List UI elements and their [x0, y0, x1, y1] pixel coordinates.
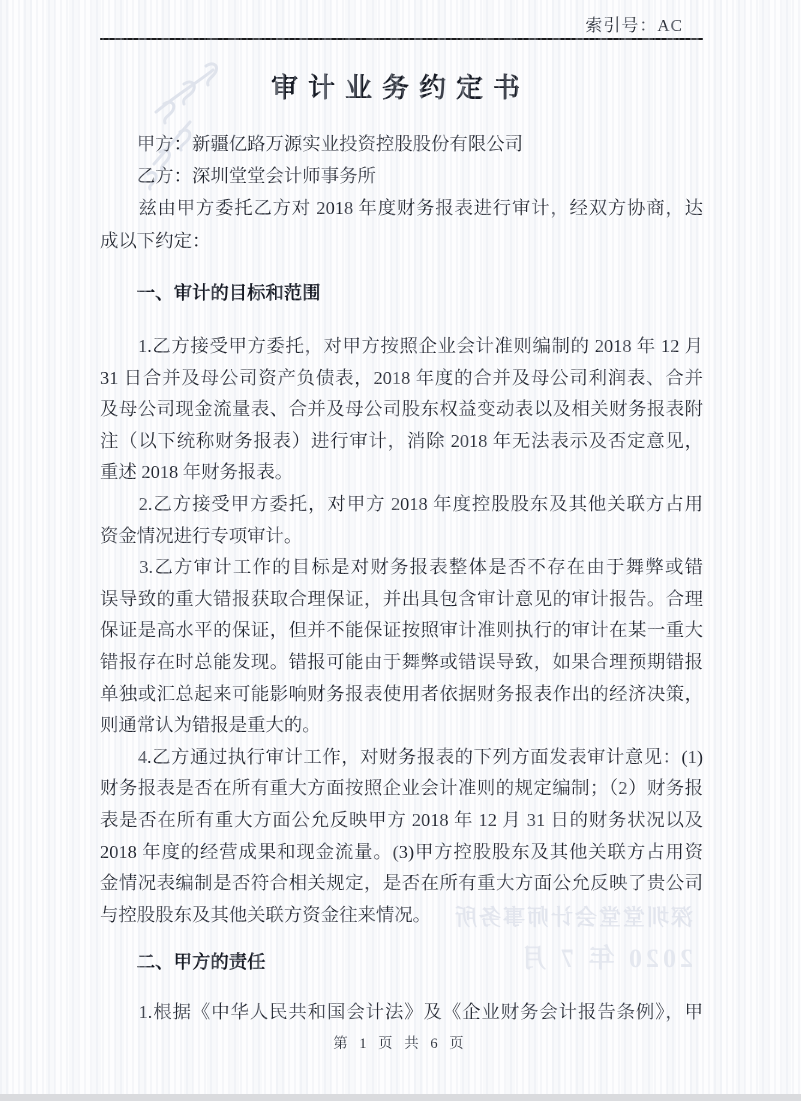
text-line: 3.乙方审计工作的目标是对财务报表整体是否不存在由于舞弊或错 — [100, 552, 703, 584]
intro-paragraphs: 甲方：新疆亿路万源实业投资控股股份有限公司 乙方：深圳堂堂会计师事务所 兹由甲方… — [100, 128, 703, 257]
text-line: 乙方：深圳堂堂会计师事务所 — [100, 160, 703, 192]
text-line: 注（以下统称财务报表）进行审计，消除 2018 年无法表示及否定意见， — [100, 426, 703, 458]
text-line: 单独或汇总起来可能影响财务报表使用者依据财务报表作出的经济决策， — [100, 679, 703, 711]
index-number-label: 索引号：AC — [585, 11, 683, 36]
text-line: 2018 年度的经营成果和现金流量。(3)甲方控股股东及其他关联方占用资 — [100, 837, 703, 869]
text-line: 错报存在时总能发现。错报可能由于舞弊或错误导致，如果合理预期错报 — [100, 647, 703, 679]
section-heading-2: 二、甲方的责任 — [100, 947, 703, 979]
section-2-body: 1.根据《中华人民共和国会计法》及《企业财务会计报告条例》，甲 — [100, 997, 703, 1029]
scanned-document-page: 深圳堂堂会计师事务所 2020 年 7 月 索引号：AC 审计业务约定书 甲方：… — [0, 0, 801, 1101]
text-line: 与控股股东及其他关联方资金往来情况。 — [100, 900, 703, 932]
text-line: 保证是高水平的保证，但并不能保证按照审计准则执行的审计在某一重大 — [100, 615, 703, 647]
header-rule — [100, 38, 703, 40]
text-line: 则通常认为错报是重大的。 — [100, 710, 703, 742]
section-1-body: 1.乙方接受甲方委托，对甲方按照企业会计准则编制的 2018 年 12 月31 … — [100, 331, 703, 931]
text-line: 财务报表是否在所有重大方面按照企业会计准则的规定编制；（2）财务报 — [100, 773, 703, 805]
text-line: 兹由甲方委托乙方对 2018 年度财务报表进行审计，经双方协商，达 — [100, 192, 703, 224]
text-line: 表是否在所有重大方面公允反映甲方 2018 年 12 月 31 日的财务状况以及 — [100, 805, 703, 837]
text-line: 一、审计的目标和范围 — [100, 278, 703, 310]
page-footer: 第 1 页 共 6 页 — [0, 1032, 801, 1053]
text-line: 成以下约定： — [100, 225, 703, 257]
text-line: 及母公司现金流量表、合并及母公司股东权益变动表以及相关财务报表附 — [100, 394, 703, 426]
text-line: 1.乙方接受甲方委托，对甲方按照企业会计准则编制的 2018 年 12 月 — [100, 331, 703, 363]
scanner-edge-strip — [0, 1094, 801, 1101]
document-title: 审计业务约定书 — [0, 66, 801, 105]
section-heading-1: 一、审计的目标和范围 — [100, 278, 703, 310]
text-line: 2.乙方接受甲方委托，对甲方 2018 年度控股股东及其他关联方占用 — [100, 489, 703, 521]
text-line: 1.根据《中华人民共和国会计法》及《企业财务会计报告条例》，甲 — [100, 997, 703, 1029]
text-line: 二、甲方的责任 — [100, 947, 703, 979]
text-line: 重述 2018 年财务报表。 — [100, 457, 703, 489]
text-line: 甲方：新疆亿路万源实业投资控股股份有限公司 — [100, 128, 703, 160]
text-line: 金情况表编制是否符合相关规定，是否在所有重大方面公允反映了贵公司 — [100, 868, 703, 900]
text-line: 误导致的重大错报获取合理保证，并出具包含审计意见的审计报告。合理 — [100, 584, 703, 616]
text-line: 4.乙方通过执行审计工作，对财务报表的下列方面发表审计意见：(1) — [100, 742, 703, 774]
text-line: 资金情况进行专项审计。 — [100, 521, 703, 553]
text-line: 31 日合并及母公司资产负债表，2018 年度的合并及母公司利润表、合并 — [100, 363, 703, 395]
